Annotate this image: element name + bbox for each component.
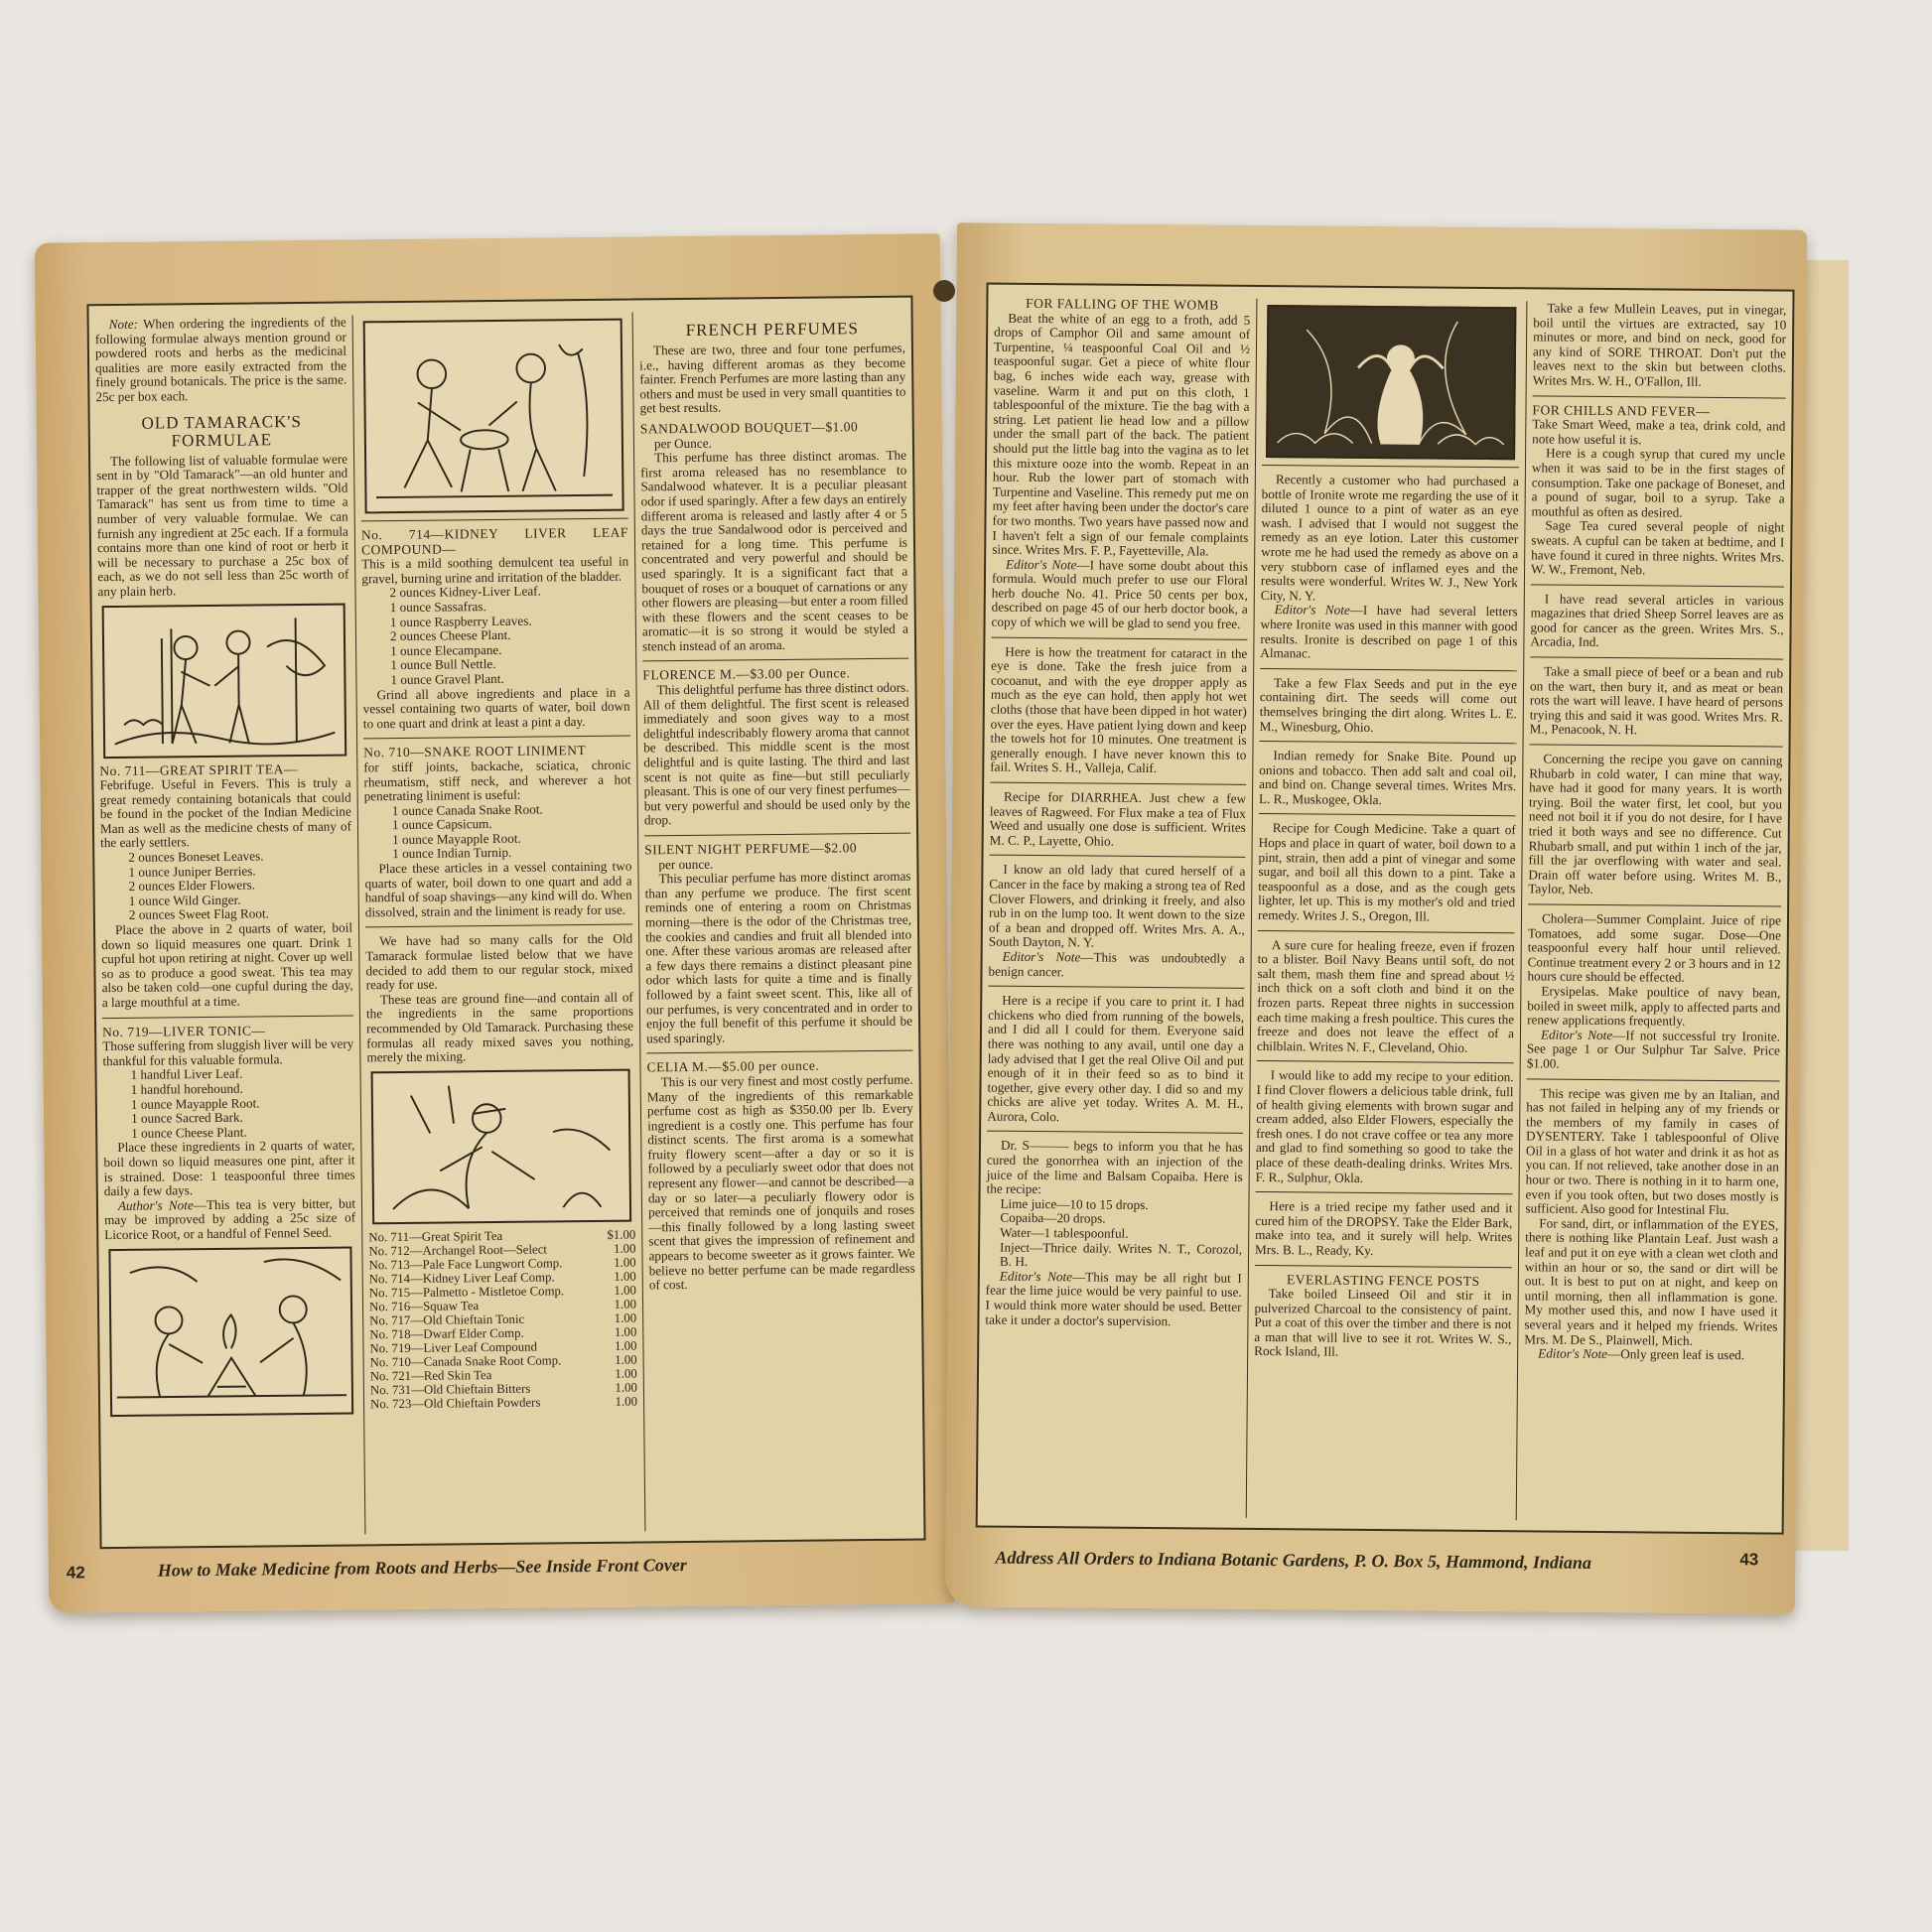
silent-night-text: This peculiar perfume has more distinct … — [644, 870, 912, 1046]
left-footer: How to Make Medicine from Roots and Herb… — [158, 1555, 687, 1582]
product-price: 1.00 — [615, 1352, 637, 1366]
product-name: No. 710—Canada Snake Root Comp. — [370, 1353, 562, 1369]
left-column-2: No. 714—KIDNEY LIVER LEAF COMPOUND— This… — [352, 313, 645, 1535]
divider — [644, 833, 910, 837]
no710-directions: Place these articles in a vessel contain… — [364, 860, 632, 920]
womb-text: Beat the white of an egg to a froth, add… — [992, 311, 1250, 559]
product-price: 1.00 — [616, 1394, 638, 1408]
cataract-text: Here is how the treatment for cataract i… — [990, 644, 1247, 777]
right-footer: Address All Orders to Indiana Botanic Ga… — [995, 1548, 1591, 1574]
french-perfumes-title: FRENCH PERFUMES — [639, 320, 905, 341]
no710-text: for stiff joints, backache, sciatica, ch… — [363, 758, 630, 804]
no710-ingredients: 1 ounce Canada Snake Root. 1 ounce Capsi… — [364, 801, 632, 862]
cancer-text: I know an old lady that cured herself of… — [989, 863, 1246, 952]
divider — [365, 924, 632, 928]
celia-text: This is our very finest and most costly … — [647, 1072, 915, 1293]
teas-text: These teas are ground fine—and contain a… — [366, 990, 634, 1065]
product-price: 1.00 — [614, 1269, 636, 1283]
page-number-42: 42 — [67, 1563, 85, 1583]
hunters-in-forest-icon — [104, 605, 345, 757]
page-43: FOR FALLING OF THE WOMB Beat the white o… — [945, 222, 1807, 1613]
no719-ingredients: 1 handful Liver Leaf. 1 handful horehoun… — [103, 1066, 355, 1142]
divider — [991, 636, 1247, 639]
divider — [1260, 741, 1517, 744]
campers-cooking-icon — [365, 321, 622, 512]
indians-at-campfire-icon — [110, 1248, 351, 1415]
indian-gathering-herbs-icon — [373, 1070, 630, 1222]
divider — [1257, 1060, 1514, 1063]
dr-s-editor-note: Editor's Note—This may be all right but … — [985, 1269, 1241, 1329]
no719-directions: Place these ingredients in 2 quarts of w… — [103, 1139, 355, 1199]
divider — [1256, 1191, 1513, 1194]
florence-text: This delightful perfume has three distin… — [642, 681, 910, 829]
divider — [987, 1131, 1243, 1134]
sage-text: Sage Tea cured several people of night s… — [1531, 519, 1784, 580]
product-price: 1.00 — [615, 1338, 637, 1352]
product-name: No. 715—Palmetto - Mistletoe Comp. — [369, 1284, 564, 1300]
divider — [1528, 903, 1781, 906]
note-label: Author's Note — [118, 1197, 194, 1213]
ironite-editor-note: Editor's Note—I have had several letters… — [1260, 603, 1517, 663]
no714-directions: Grind all above ingredients and place in… — [363, 685, 630, 732]
campers-illustration — [363, 319, 624, 514]
divider — [1260, 668, 1517, 671]
product-price: $1.00 — [607, 1227, 635, 1241]
sorrel-text: I have read several articles in various … — [1530, 592, 1783, 652]
no719-text: Those suffering from sluggish liver will… — [102, 1037, 353, 1069]
divider — [990, 782, 1246, 785]
divider — [988, 986, 1244, 989]
erysipelas-editor-note: Editor's Note—If not successful try Iron… — [1527, 1028, 1780, 1073]
no714-title: No. 714—KIDNEY LIVER LEAF COMPOUND— — [361, 526, 628, 558]
divider — [990, 855, 1246, 858]
divider — [102, 1015, 353, 1019]
perfumes-intro: These are two, three and four tone perfu… — [639, 342, 906, 417]
price-row: No. 723—Old Chieftain Powders1.00 — [370, 1394, 637, 1411]
cholera-text: Cholera—Summer Complaint. Juice of ripe … — [1527, 911, 1781, 986]
calls-text: We have had so many calls for the Old Ta… — [365, 932, 633, 993]
eyes-editor-note: Editor's Note—Only green leaf is used. — [1524, 1347, 1777, 1364]
dr-s-ingredients: Lime juice—10 to 15 drops. Copaiba—20 dr… — [986, 1196, 1243, 1271]
right-column-3: Take a few Mullein Leaves, put in vinega… — [1516, 301, 1793, 1522]
diarrhea-text: Recipe for DIARRHEA. Just chew a few lea… — [990, 790, 1246, 851]
note-label: Editor's Note — [1275, 602, 1350, 618]
cancer-editor-note: Editor's Note—This was undoubtedly a ben… — [988, 950, 1244, 981]
no719-author-note: Author's Note—This tea is very bitter, b… — [104, 1196, 355, 1242]
divider — [1530, 744, 1783, 747]
snakebite-text: Indian remedy for Snake Bite. Pound up o… — [1259, 749, 1516, 809]
divider — [361, 518, 628, 522]
binding-hole — [933, 280, 955, 302]
dysentery-text: This recipe was given me by an Italian, … — [1525, 1086, 1779, 1219]
syrup-text: Here is a cough syrup that cured my uncl… — [1532, 447, 1786, 521]
right-column-1: FOR FALLING OF THE WOMB Beat the white o… — [978, 297, 1257, 1518]
clover-text: I would like to add my recipe to your ed… — [1256, 1068, 1514, 1186]
product-price: 1.00 — [615, 1311, 637, 1324]
dr-s-text: Dr. S——— begs to inform you that he has … — [987, 1139, 1243, 1199]
note-label: Editor's Note — [1003, 949, 1081, 965]
chills-text: Take Smart Weed, make a tea, drink cold,… — [1532, 418, 1785, 449]
wart-text: Take a small piece of beef or a bean and… — [1530, 664, 1784, 739]
eyes-text: For sand, dirt, or inflammation of the E… — [1524, 1216, 1778, 1349]
mullein-text: Take a few Mullein Leaves, put in vinega… — [1533, 301, 1787, 390]
product-price: 1.00 — [614, 1255, 636, 1269]
divider — [1533, 395, 1786, 398]
fence-text: Take boiled Linseed Oil and stir it in p… — [1254, 1287, 1512, 1361]
product-name: No. 723—Old Chieftain Powders — [370, 1395, 540, 1411]
product-price: 1.00 — [614, 1283, 636, 1297]
note-label: Note: — [109, 317, 138, 332]
divider — [1262, 465, 1519, 468]
dropsy-text: Here is a tried recipe my father used an… — [1255, 1199, 1512, 1260]
no711-ingredients: 2 ounces Boneset Leaves. 1 ounce Juniper… — [100, 849, 352, 924]
divider — [642, 658, 908, 662]
flax-text: Take a few Flax Seeds and put in the eye… — [1260, 676, 1517, 737]
divider — [363, 736, 630, 740]
product-price: 1.00 — [615, 1324, 637, 1338]
divider — [1255, 1264, 1512, 1267]
product-price: 1.00 — [615, 1366, 637, 1380]
tamarack-intro: The following list of valuable formulae … — [96, 452, 349, 600]
angel-with-plants-icon — [1268, 307, 1514, 458]
page-42: Note: When ordering the ingredients of t… — [35, 233, 954, 1612]
chickens-text: Here is a recipe if you care to print it… — [987, 994, 1244, 1127]
divider — [1531, 584, 1784, 587]
no711-directions: Place the above in 2 quarts of water, bo… — [101, 921, 353, 1011]
product-name: No. 721—Red Skin Tea — [370, 1368, 492, 1383]
note-label: Editor's Note — [1538, 1346, 1607, 1362]
note-label: Editor's Note — [1006, 556, 1076, 572]
no714-ingredients: 2 ounces Kidney-Liver Leaf. 1 ounce Sass… — [361, 584, 629, 688]
ordering-note: Note: When ordering the ingredients of t… — [95, 316, 347, 405]
price-list: No. 711—Great Spirit Tea$1.00 No. 712—Ar… — [368, 1227, 637, 1411]
note-label: Editor's Note — [1541, 1027, 1612, 1042]
cough-text: Recipe for Cough Medicine. Take a quart … — [1258, 821, 1516, 924]
page-43-frame: FOR FALLING OF THE WOMB Beat the white o… — [976, 283, 1795, 1535]
sandalwood-text: This perfume has three distinct aromas. … — [640, 449, 908, 654]
divider — [1530, 656, 1783, 659]
no711-text: Febrifuge. Useful in Fevers. This is tru… — [99, 776, 351, 852]
page-number-43: 43 — [1739, 1550, 1758, 1570]
product-price: 1.00 — [614, 1241, 636, 1255]
note-label: Editor's Note — [1000, 1269, 1072, 1285]
hunters-illustration — [102, 603, 347, 759]
note-text: —Only green leaf is used. — [1607, 1346, 1744, 1362]
indian-illustration — [371, 1068, 632, 1224]
page-42-frame: Note: When ordering the ingredients of t… — [86, 296, 925, 1550]
erysipelas-text: Erysipelas. Make poultice of navy bean, … — [1527, 984, 1780, 1030]
left-column-3: FRENCH PERFUMES These are two, three and… — [632, 310, 924, 1532]
product-price: 1.00 — [615, 1380, 637, 1394]
divider — [1259, 813, 1516, 816]
womb-editor-note: Editor's Note—I have some doubt about th… — [992, 557, 1249, 631]
tamarack-title: OLD TAMARACK'S FORMULAE — [96, 412, 347, 451]
ironite-text: Recently a customer who had purchased a … — [1261, 473, 1519, 606]
product-name: No. 716—Squaw Tea — [369, 1299, 479, 1313]
divider — [1258, 930, 1515, 933]
product-name: No. 711—Great Spirit Tea — [368, 1229, 502, 1244]
product-price: 1.00 — [615, 1297, 637, 1311]
angel-illustration — [1266, 305, 1516, 460]
campfire-illustration — [108, 1246, 353, 1417]
freeze-text: A sure cure for healing freeze, even if … — [1257, 938, 1515, 1056]
rhubarb-text: Concerning the recipe you gave on cannin… — [1528, 752, 1782, 898]
left-column-1: Note: When ordering the ingredients of t… — [89, 315, 365, 1537]
divider — [646, 1050, 912, 1054]
no714-text: This is a mild soothing demulcent tea us… — [361, 555, 628, 587]
ingredient: Inject—Thrice daily. Writes N. T., Coroz… — [986, 1240, 1242, 1271]
divider — [1527, 1078, 1780, 1081]
right-column-2: Recently a customer who had purchased a … — [1246, 299, 1527, 1520]
